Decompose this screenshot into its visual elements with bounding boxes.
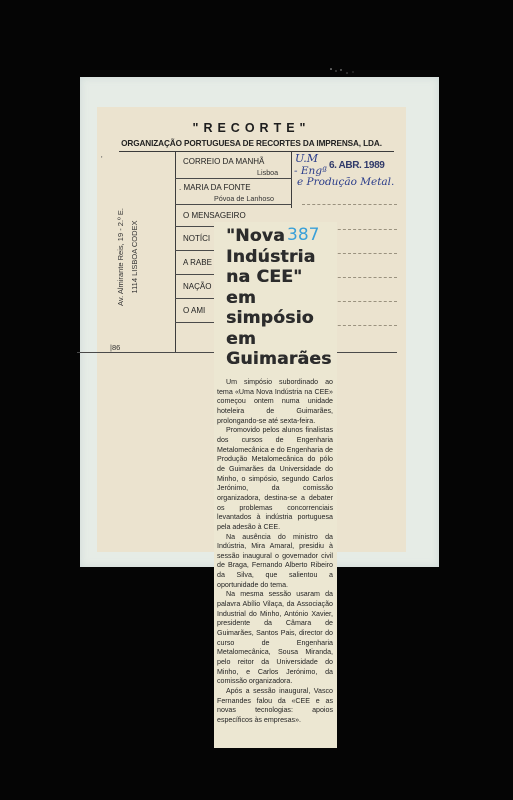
article-paragraph: Promovido pelos alunos finalistas dos cu… (217, 426, 333, 532)
received-date-stamp: 6. ABR. 1989 (329, 160, 384, 171)
row-divider (175, 250, 215, 251)
row-divider (175, 274, 215, 275)
publication-name: . MARIA DA FONTE (179, 183, 251, 192)
table-bottom-rule-left (77, 352, 215, 353)
publication-location: Lisboa (257, 168, 278, 177)
newspaper-clipping: "Nova Indústria na CEE" em simpósio em G… (214, 222, 337, 748)
form-title: "RECORTE" (97, 121, 406, 135)
handwritten-annotation: 387 (287, 225, 319, 245)
notes-column-divider (291, 152, 292, 208)
handwritten-note-line1: U.M (295, 152, 318, 165)
form-code: |86 (110, 343, 120, 352)
article-paragraph: Após a sessão inaugural, Vasco Fernandes… (217, 687, 333, 726)
handwritten-note-line3: e Produção Metal. (297, 176, 394, 188)
publication-name: NOTÍCI (183, 234, 210, 243)
row-divider (175, 298, 215, 299)
dust-specks (327, 64, 367, 76)
row-divider (175, 204, 292, 205)
article-headline: "Nova Indústria na CEE" em simpósio em G… (226, 226, 334, 370)
article-body: Um simpósio subordinado ao tema «Uma Nov… (217, 378, 333, 726)
margin-tick: ' (101, 155, 103, 164)
article-paragraph: Um simpósio subordinado ao tema «Uma Nov… (217, 378, 333, 426)
address-line-1: Av. Almirante Reis, 19 - 2.º E. (114, 202, 128, 312)
address-block: Av. Almirante Reis, 19 - 2.º E. 1114 LIS… (114, 202, 194, 312)
publication-name: O AMI (183, 306, 205, 315)
row-divider (175, 322, 215, 323)
article-paragraph: Na mesma sessão usaram da palavra Abílio… (217, 590, 333, 687)
article-paragraph: Na ausência do ministro da Indústria, Mi… (217, 533, 333, 591)
notes-dash (302, 204, 397, 205)
address-line-2: 1114 LISBOA CODEX (128, 202, 142, 312)
header-rule (119, 151, 394, 152)
table-bottom-rule-right (337, 352, 397, 353)
publication-name: A RABE (183, 258, 212, 267)
publication-location: Póvoa de Lanhoso (214, 194, 274, 203)
publication-name: CORREIO DA MANHÃ (183, 157, 264, 166)
publication-name: NAÇÃO (183, 282, 211, 291)
form-subtitle: ORGANIZAÇÃO PORTUGUESA DE RECORTES DA IM… (97, 139, 406, 148)
publication-name: O MENSAGEIRO (183, 211, 246, 220)
row-divider (175, 178, 292, 179)
